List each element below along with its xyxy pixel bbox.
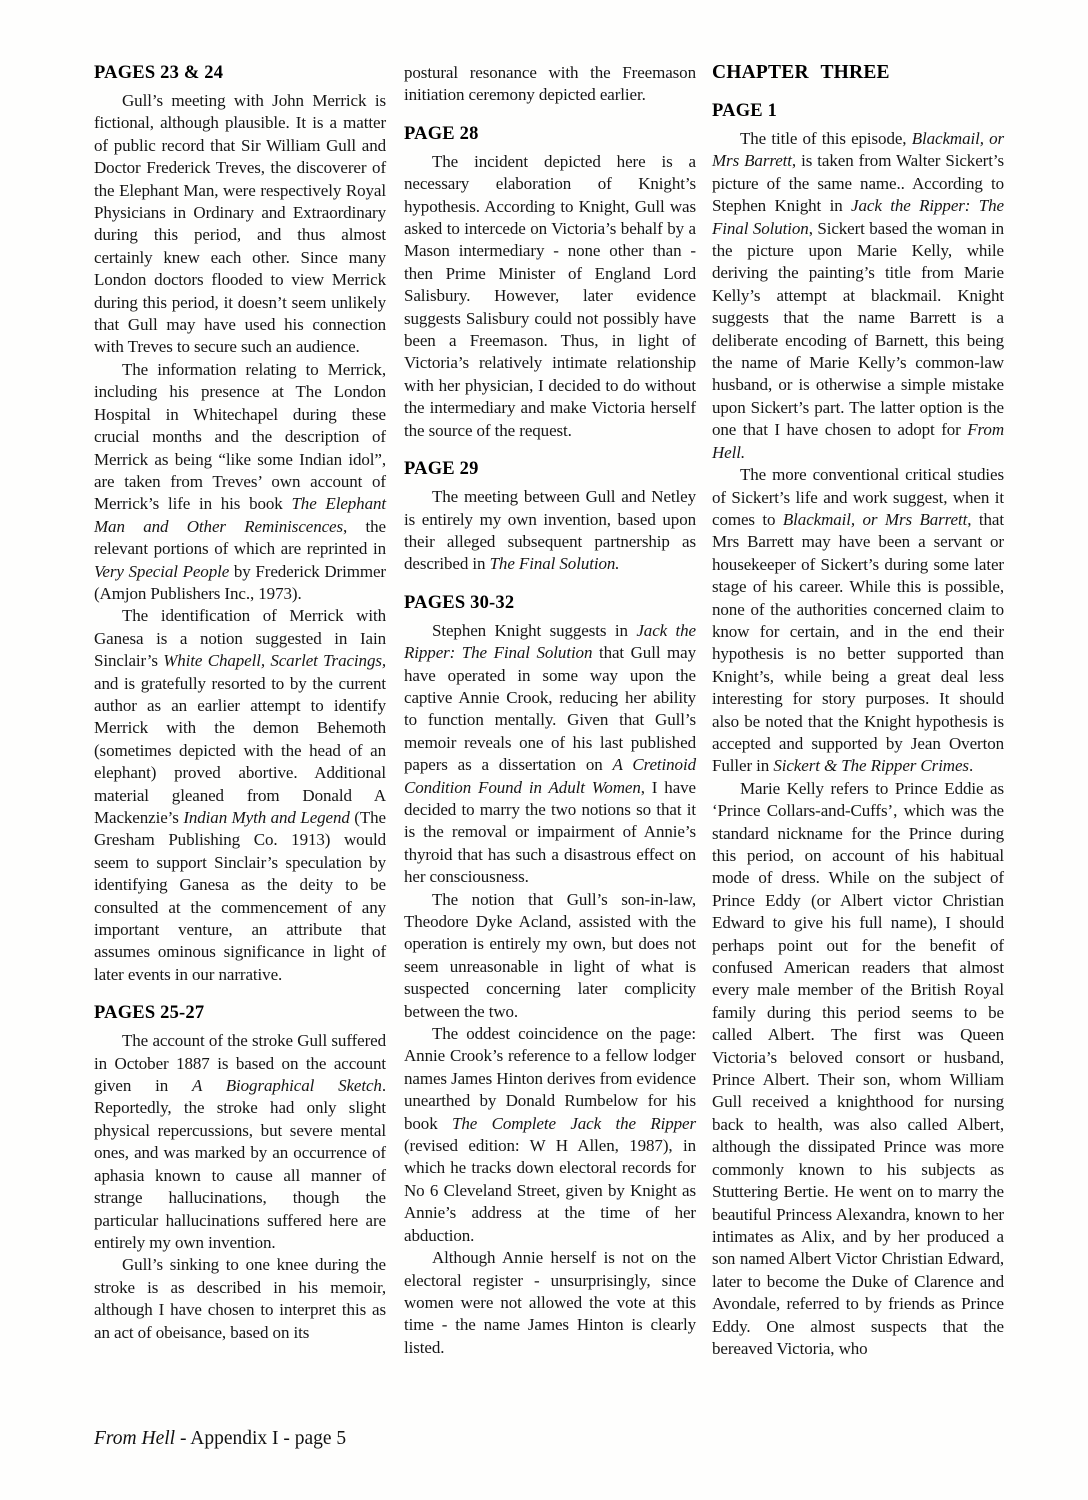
paragraph: postural resonance with the Freemason in… [404,62,696,107]
text-column-2: postural resonance with the Freemason in… [404,62,696,1359]
paragraph: Stephen Knight suggests in Jack the Ripp… [404,620,696,889]
page-footer: From Hell - Appendix I - page 5 [94,1428,346,1450]
paragraph: The account of the stroke Gull suffered … [94,1030,386,1254]
paragraph: The more conventional critical studies o… [712,464,1004,778]
text-column-3: CHAPTER THREEPAGE 1The title of this epi… [712,62,1004,1360]
paragraph: Gull’s meeting with John Merrick is fict… [94,90,386,359]
section-heading: PAGES 30-32 [404,592,696,614]
section-heading: PAGE 29 [404,458,696,480]
paragraph: The oddest coincidence on the page: Anni… [404,1023,696,1247]
document-page: PAGES 23 & 24Gull’s meeting with John Me… [0,0,1088,1500]
paragraph: The identification of Merrick with Ganes… [94,605,386,986]
paragraph: Gull’s sinking to one knee during the st… [94,1254,386,1344]
chapter-heading: CHAPTER THREE [712,62,1004,84]
paragraph: The notion that Gull’s son-in-law, Theod… [404,889,696,1023]
section-heading: PAGE 28 [404,123,696,145]
text-column-1: PAGES 23 & 24Gull’s meeting with John Me… [94,62,386,1344]
paragraph: The information relating to Merrick, inc… [94,359,386,605]
paragraph: Marie Kelly refers to Prince Eddie as ‘P… [712,778,1004,1361]
paragraph: The incident depicted here is a necessar… [404,151,696,442]
footer-page-label: - Appendix I - page 5 [175,1428,346,1449]
section-heading: PAGES 23 & 24 [94,62,386,84]
paragraph: Although Annie herself is not on the ele… [404,1247,696,1359]
section-heading: PAGES 25-27 [94,1002,386,1024]
paragraph: The title of this episode, Blackmail, or… [712,128,1004,464]
section-heading: PAGE 1 [712,100,1004,122]
footer-book-title: From Hell [94,1428,175,1449]
paragraph: The meeting between Gull and Netley is e… [404,486,696,576]
